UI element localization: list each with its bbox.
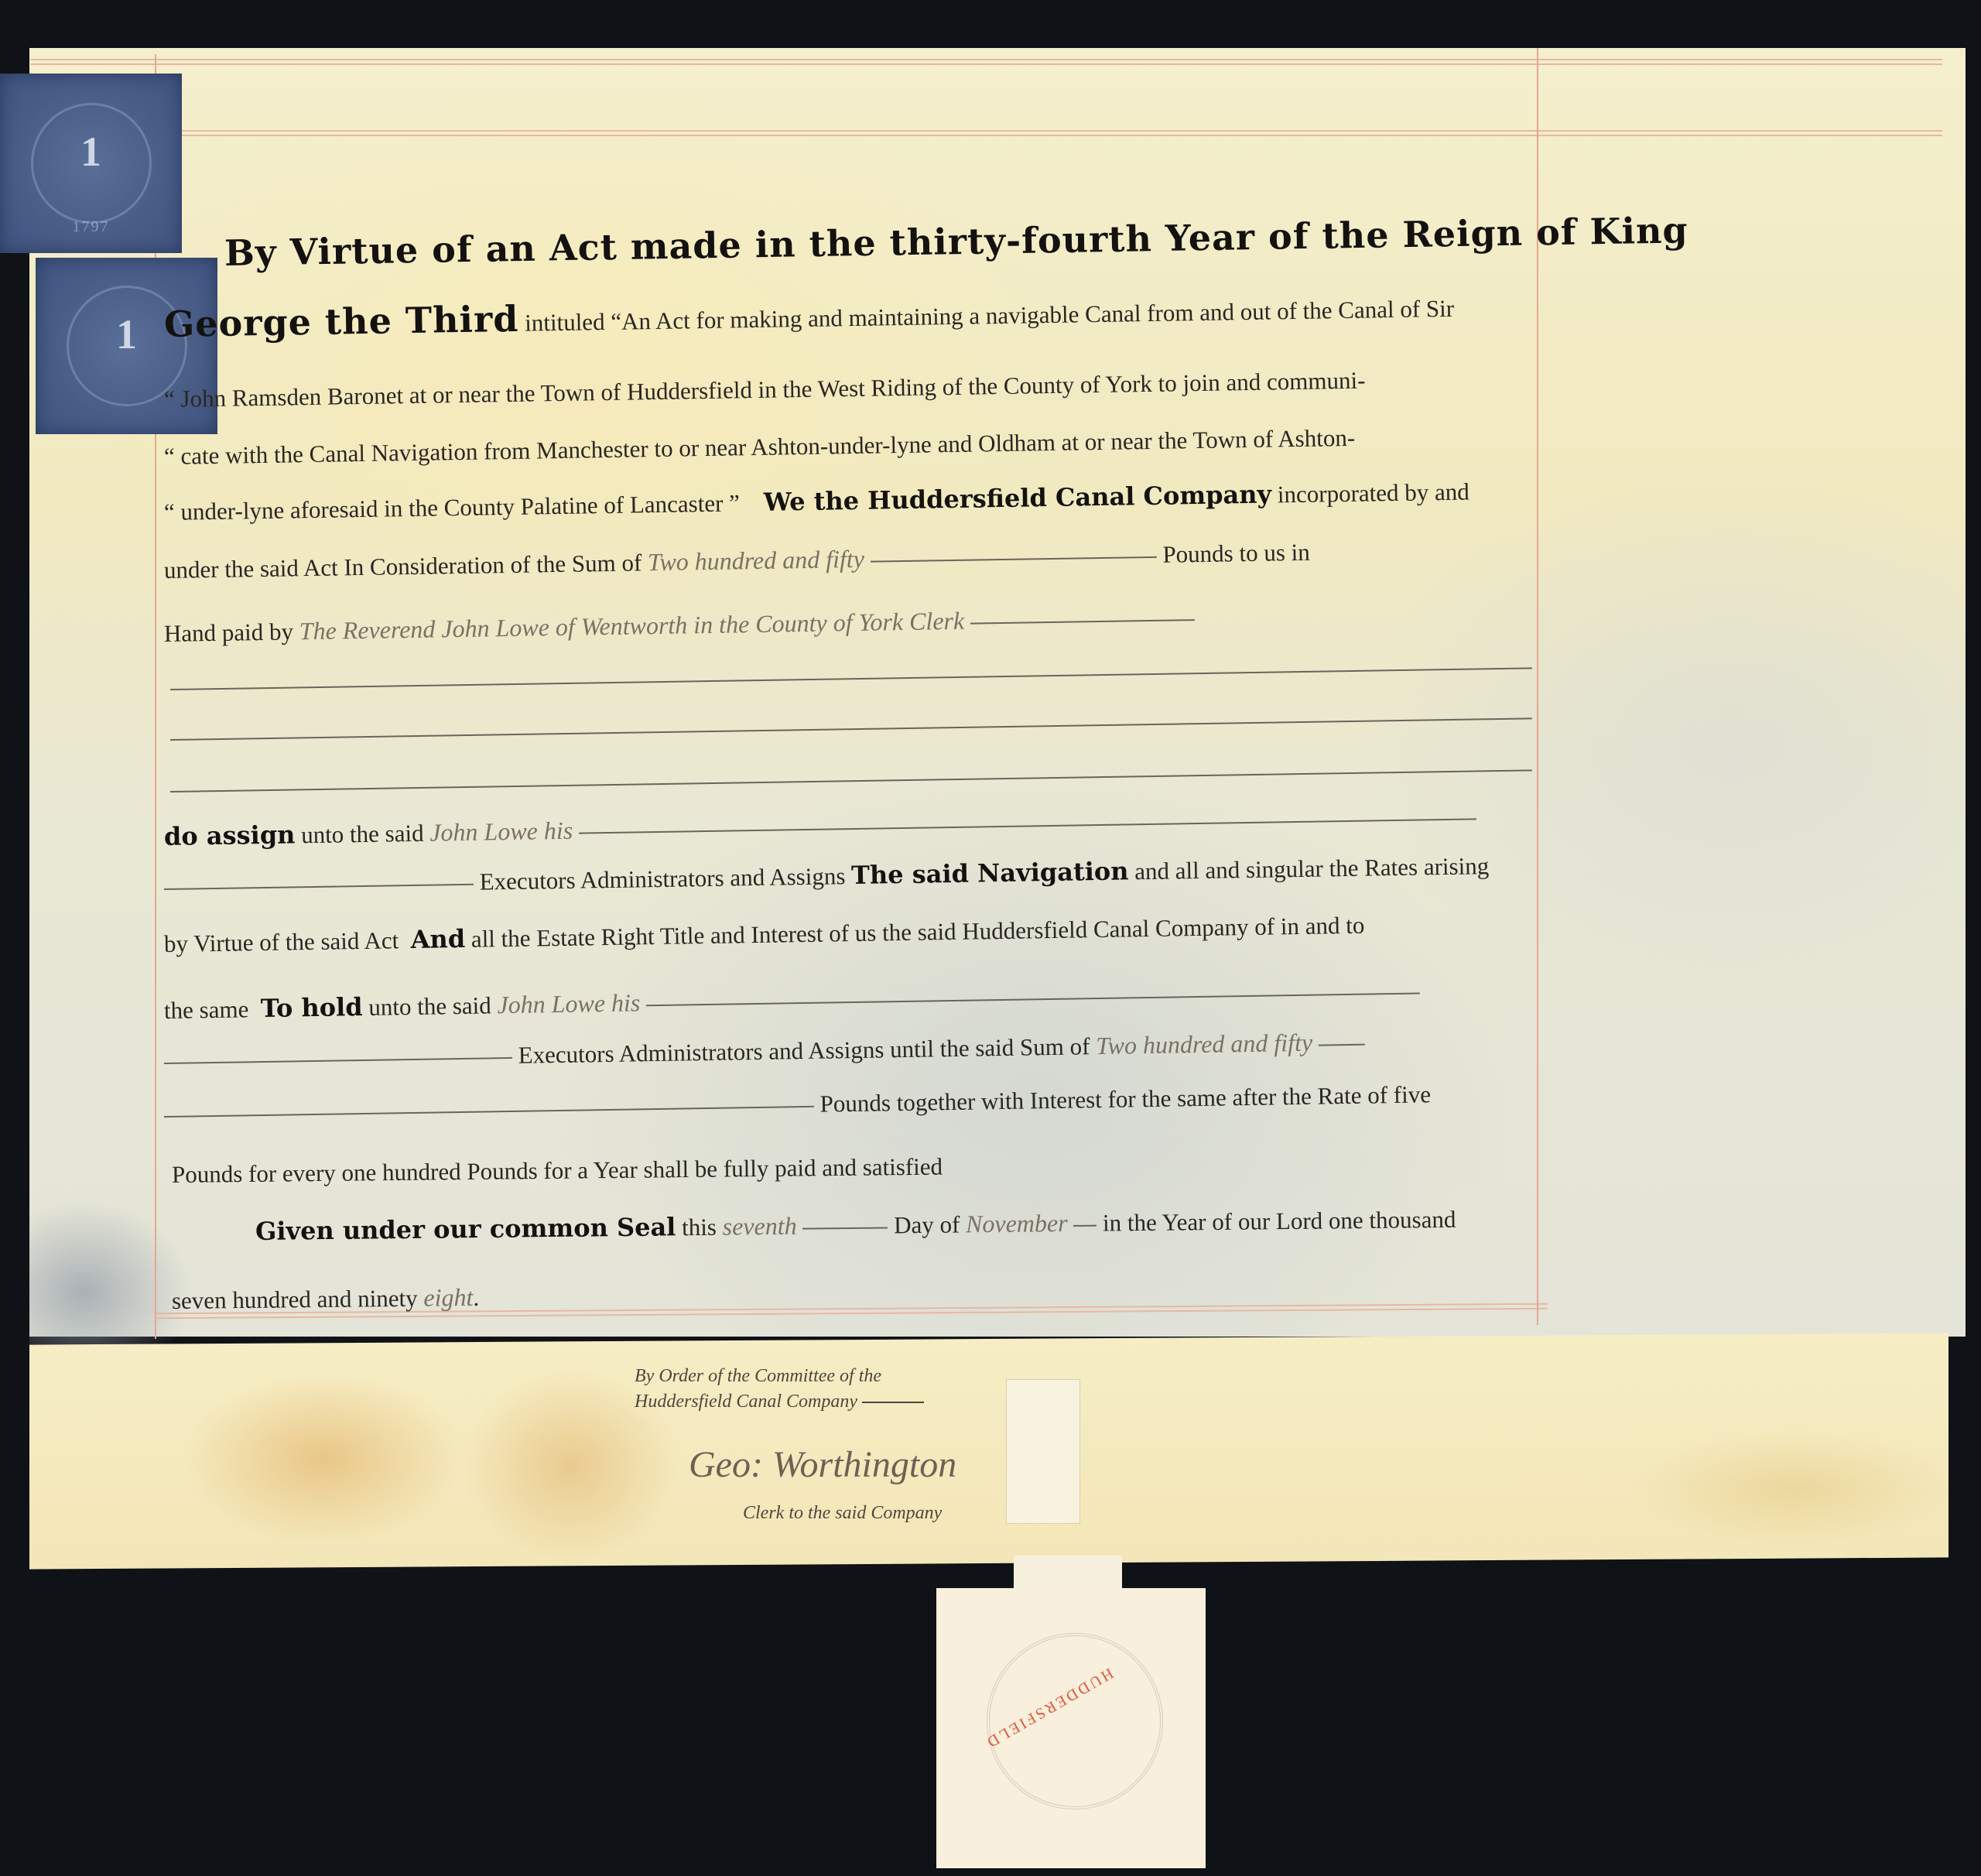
seal-strip [1014, 1556, 1122, 1588]
handwritten-month: November [966, 1209, 1068, 1238]
blank-line [1319, 1044, 1365, 1046]
stamp-value: 1 [80, 128, 101, 176]
revenue-stamp: 1 1797 [0, 74, 182, 253]
to-hold: To hold [261, 992, 363, 1023]
blank-line [164, 884, 474, 890]
signer-title: Clerk to the said Company [743, 1503, 1006, 1524]
order-line-2: Huddersfield Canal Company [635, 1392, 1006, 1412]
stamp-value: 1 [116, 310, 137, 358]
handwritten-year: eight [423, 1283, 473, 1312]
handwritten-sum: Two hundred and fifty [1096, 1029, 1313, 1060]
upper-rule [31, 130, 1942, 136]
do-assign: do assign [164, 820, 296, 851]
stamp-year: 1797 [0, 218, 182, 236]
blank-line [970, 619, 1195, 625]
handwritten-day: seventh [722, 1212, 796, 1241]
king-name: George the Third [164, 298, 519, 345]
text: Huddersfield Canal Company [635, 1392, 857, 1412]
text: Pounds to us in [1162, 539, 1310, 568]
blank-line [1073, 1225, 1097, 1227]
signature-block: By Order of the Committee of the Hudders… [635, 1366, 1006, 1524]
blank-line [802, 1227, 888, 1229]
text: unto the said [368, 991, 491, 1020]
blank-line [164, 1106, 814, 1118]
blank-line [871, 556, 1157, 563]
seal-tab [1006, 1379, 1080, 1524]
and-word: And [410, 924, 465, 954]
text: this [682, 1214, 717, 1241]
top-rule [31, 59, 1942, 65]
text: unto the said [301, 820, 424, 848]
given-under-seal: Given under our common Seal [255, 1212, 676, 1246]
blank-line [862, 1402, 924, 1403]
text: Day of [894, 1210, 960, 1238]
text: incorporated by and [1278, 478, 1469, 508]
text: by Virtue of the said Act [164, 926, 399, 957]
body-line: seven hundred and ninety eight. [172, 1283, 480, 1315]
text: . [473, 1284, 479, 1311]
said-navigation: The said Navigation [851, 856, 1129, 890]
text: seven hundred and ninety [172, 1285, 418, 1314]
handwritten-sum: Two hundred and fifty [648, 545, 865, 576]
handwritten-assignee: John Lowe his [429, 816, 573, 847]
handwritten-assignee: John Lowe his [497, 988, 640, 1018]
text: and all and singular the Rates arising [1134, 852, 1489, 885]
text: Executors Administrators and Assigns [479, 862, 845, 895]
signature: Geo: Worthington [689, 1443, 1006, 1486]
order-line-1: By Order of the Committee of the [635, 1366, 1006, 1387]
text: the same [164, 995, 249, 1024]
text: Hand paid by [164, 618, 294, 647]
blank-line [646, 992, 1420, 1006]
text: in the Year of our Lord one thousand [1103, 1206, 1456, 1237]
blank-line [579, 818, 1476, 834]
blank-line [164, 1057, 512, 1064]
